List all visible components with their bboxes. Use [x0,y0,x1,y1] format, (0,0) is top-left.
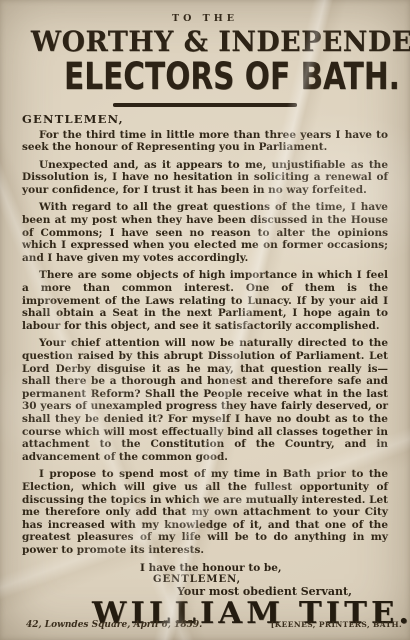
divider-rule [113,103,297,107]
salutation: GENTLEMEN, [22,112,388,126]
election-poster: TO THE WORTHY & INDEPENDENT ELECTORS OF … [0,0,410,640]
letter-paragraph: Your chief attention will now be natural… [22,337,388,463]
letter-paragraph: With regard to all the great questions o… [22,201,388,264]
letter-paragraph: There are some objects of high importanc… [22,269,388,332]
closing-honour: I have the honour to be, [140,562,388,574]
pretitle: TO THE [22,13,388,24]
footer-printer-imprint: [KEENES, PRINTERS, BATH. [271,620,402,629]
title-line-2-text: ELECTORS OF BATH. [64,57,400,96]
footer-address-date: 42, Lowndes Square, April 6, 1859. [26,620,202,630]
closing-block: I have the honour to be, GENTLEMEN, Your… [22,562,388,599]
title-line-1: WORTHY & INDEPENDENT [22,27,388,57]
letter-paragraph: Unexpected and, as it appears to me, unj… [22,159,388,197]
letter-paragraph: I propose to spend most of my time in Ba… [22,468,388,556]
letter-paragraph: For the third time in little more than t… [22,129,388,154]
footer: 42, Lowndes Square, April 6, 1859. [KEEN… [26,620,402,630]
poster-sheet: TO THE WORTHY & INDEPENDENT ELECTORS OF … [0,0,410,640]
title-line-2: ELECTORS OF BATH. [22,57,388,96]
title-line-1-text: WORTHY & INDEPENDENT [31,27,410,57]
